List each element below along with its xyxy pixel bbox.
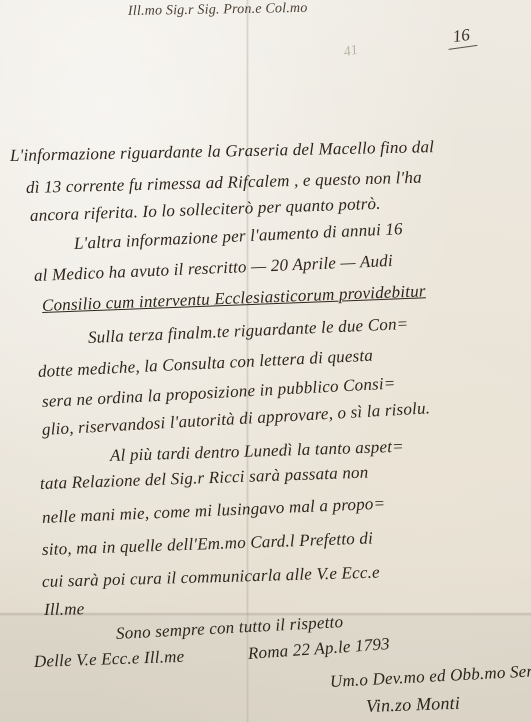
body-line-3: ancora riferita. Io lo solleciterò per q… bbox=[30, 194, 381, 226]
body-line-1: L'informazione riguardante la Graseria d… bbox=[10, 137, 435, 166]
body-line-15: cui sarà poi cura il communicarla alle V… bbox=[42, 563, 380, 592]
body-line-13: nelle mani mie, come mi lusingavo mal a … bbox=[42, 494, 386, 528]
letter-page: Ill.mo Sig.r Sig. Pron.e Col.mo 16 41 L'… bbox=[0, 0, 531, 722]
body-line-12: tata Relazione del Sig.r Ricci sarà pass… bbox=[40, 463, 369, 494]
body-line-14: sito, ma in quelle dell'Em.mo Card.l Pre… bbox=[42, 528, 374, 560]
body-line-16: Ill.me bbox=[44, 599, 85, 620]
signature: Vin.zo Monti bbox=[366, 693, 461, 717]
folio-number: 16 bbox=[446, 24, 478, 50]
body-line-6: Consilio cum interventu Ecclesiasticorum… bbox=[42, 281, 426, 316]
body-line-5: al Medico ha avuto il rescritto — 20 Apr… bbox=[34, 251, 394, 286]
pencil-annotation: 41 bbox=[342, 43, 359, 62]
body-line-11: Al più tardi dentro Lunedì la tanto aspe… bbox=[110, 437, 404, 466]
body-line-4: L'altra informazione per l'aumento di an… bbox=[74, 219, 404, 254]
address-heading: Ill.mo Sig.r Sig. Pron.e Col.mo bbox=[128, 1, 308, 20]
